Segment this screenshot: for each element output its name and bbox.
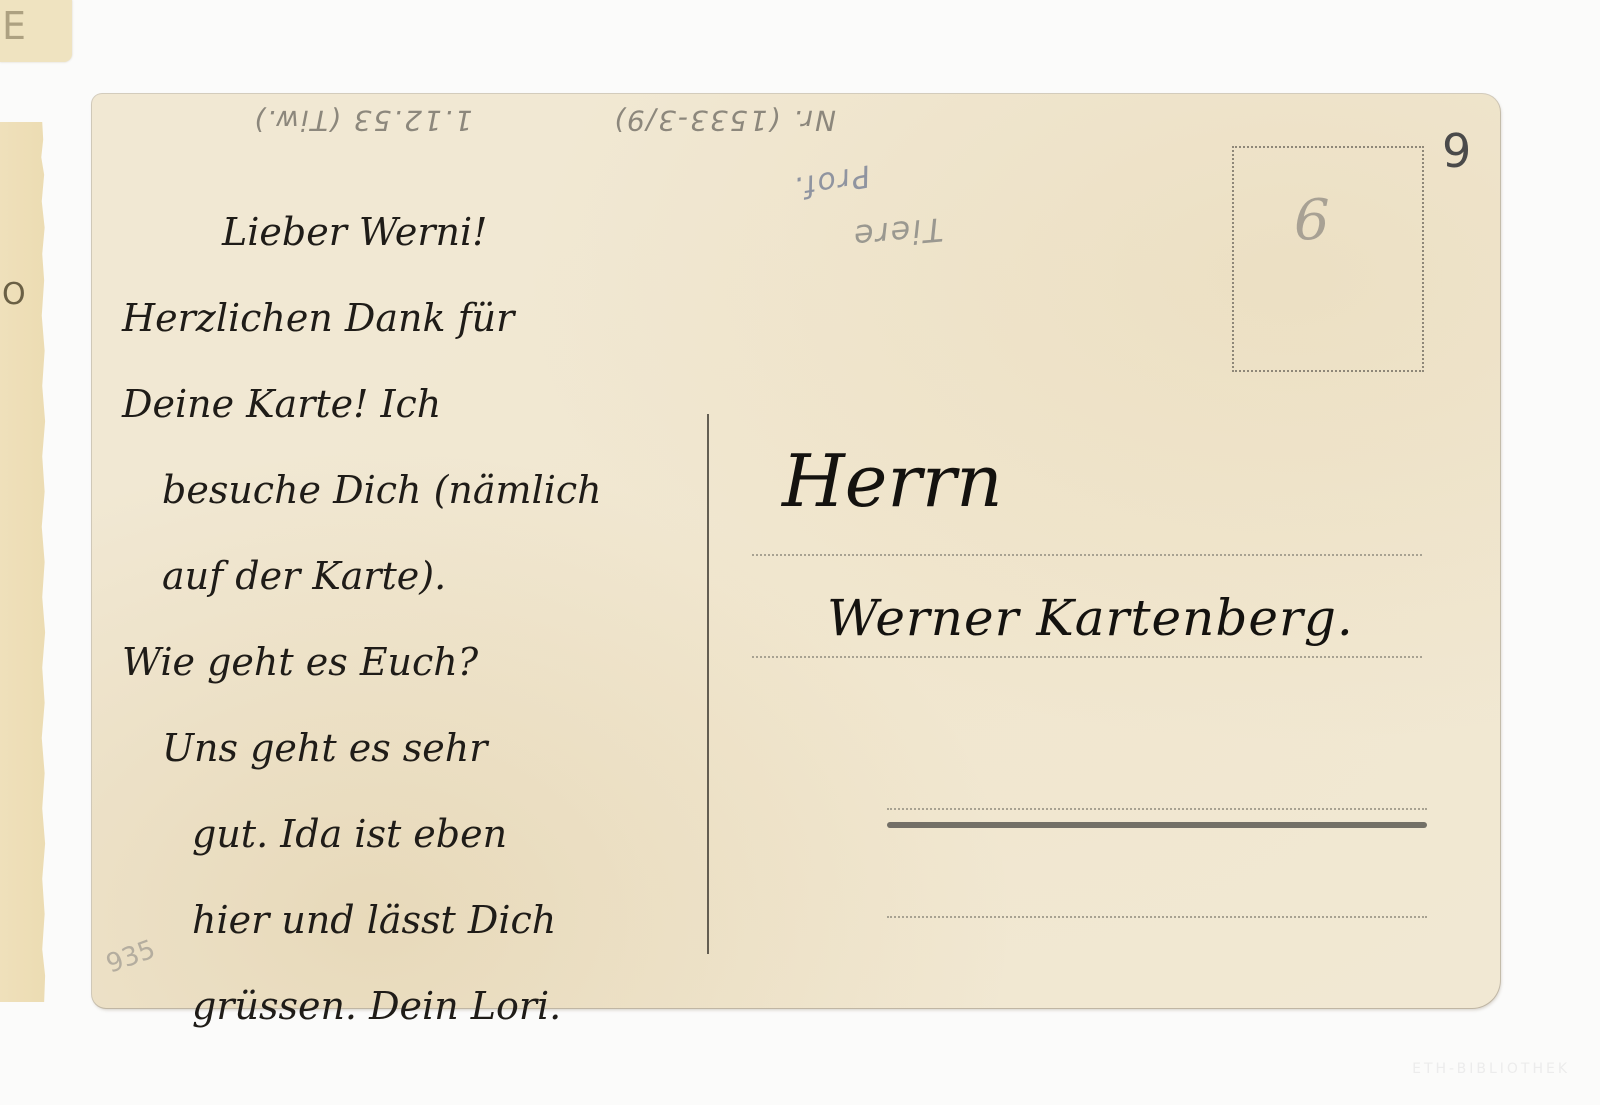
address-line bbox=[752, 554, 1422, 556]
address-line bbox=[887, 808, 1427, 810]
message-line: Uns geht es sehr bbox=[122, 705, 692, 791]
address-line bbox=[887, 916, 1427, 918]
message-line: grüssen. Dein Lori. bbox=[122, 963, 692, 1049]
address-recipient: Werner Kartenberg. bbox=[827, 589, 1354, 647]
message-line: Lieber Werni! bbox=[122, 189, 692, 275]
address-line bbox=[752, 656, 1422, 658]
message-line: hier und lässt Dich bbox=[122, 877, 692, 963]
postcard-back: 1.12.53 (Tiw.) Nr. (1533-3/9) Prof. Tier… bbox=[92, 94, 1500, 1008]
archive-note: 1.12.53 (Tiw.) bbox=[252, 104, 473, 137]
adjacent-item-glyph: E bbox=[2, 4, 26, 48]
address-salutation: Herrn bbox=[782, 439, 1003, 523]
message-line: auf der Karte). bbox=[122, 533, 692, 619]
stamp-box-mark: 6 bbox=[1294, 188, 1330, 253]
message-line: gut. Ida ist eben bbox=[122, 791, 692, 877]
archive-note: Nr. (1533-3/9) bbox=[612, 104, 836, 137]
message-line: Herzlichen Dank für bbox=[122, 275, 692, 361]
vertical-divider bbox=[707, 414, 709, 954]
message-line: Deine Karte! Ich bbox=[122, 361, 692, 447]
pencil-note: Prof. bbox=[790, 157, 873, 205]
pencil-note: Tiere bbox=[851, 210, 945, 256]
stamp-box: 6 bbox=[1232, 146, 1424, 372]
message-line: Wie geht es Euch? bbox=[122, 619, 692, 705]
message-line: besuche Dich (nämlich bbox=[122, 447, 692, 533]
corner-number: 9 bbox=[1442, 124, 1471, 178]
adjacent-item-left: O bbox=[0, 122, 48, 1002]
address-underline bbox=[887, 822, 1427, 828]
adjacent-item-top-left: E bbox=[0, 0, 72, 62]
handwritten-message: Lieber Werni! Herzlichen Dank für Deine … bbox=[122, 189, 692, 1049]
watermark: ETH-BIBLIOTHEK bbox=[1412, 1061, 1570, 1077]
adjacent-item-glyph: O bbox=[2, 277, 26, 312]
